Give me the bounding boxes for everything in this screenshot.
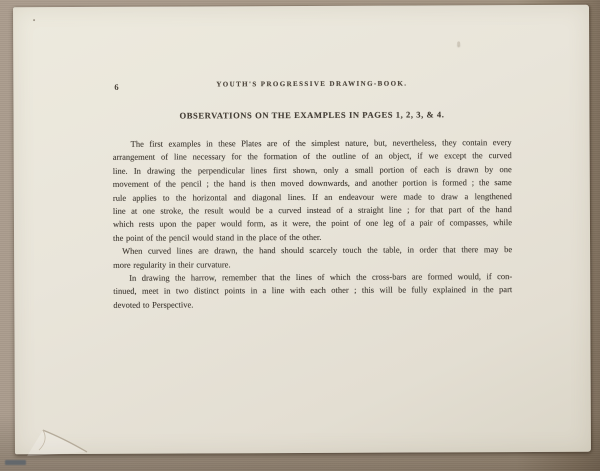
paragraph: The first examples in these Plates are o… [113,136,512,245]
paragraph: In drawing the harrow, remember that the… [113,270,512,312]
scan-frame: 6 YOUTH'S PROGRESSIVE DRAWING-BOOK. OBSE… [0,0,600,471]
book-page: 6 YOUTH'S PROGRESSIVE DRAWING-BOOK. OBSE… [13,5,591,455]
text-line: When curved lines are drawn, the hand sh… [113,243,512,258]
section-heading: OBSERVATIONS ON THE EXAMPLES IN PAGES 1,… [112,109,511,121]
shelf-mark-label [5,460,26,465]
text-line: movement of the pencil ; the hand is the… [113,176,512,191]
running-head: YOUTH'S PROGRESSIVE DRAWING-BOOK. [112,79,511,89]
paper-speck [457,41,460,45]
page-header: 6 YOUTH'S PROGRESSIVE DRAWING-BOOK. [112,79,511,93]
page-number: 6 [114,82,119,92]
text-line: tinued, meet in two distinct points in a… [113,283,512,298]
body-text: The first examples in these Plates are o… [113,136,513,312]
page-corner-fold-icon [19,426,105,456]
text-line: devoted to Perspective. [113,297,512,312]
text-line: which rests upon the paper would form, a… [113,216,512,231]
paragraph: When curved lines are drawn, the hand sh… [113,243,512,272]
paper-speck [33,19,35,21]
